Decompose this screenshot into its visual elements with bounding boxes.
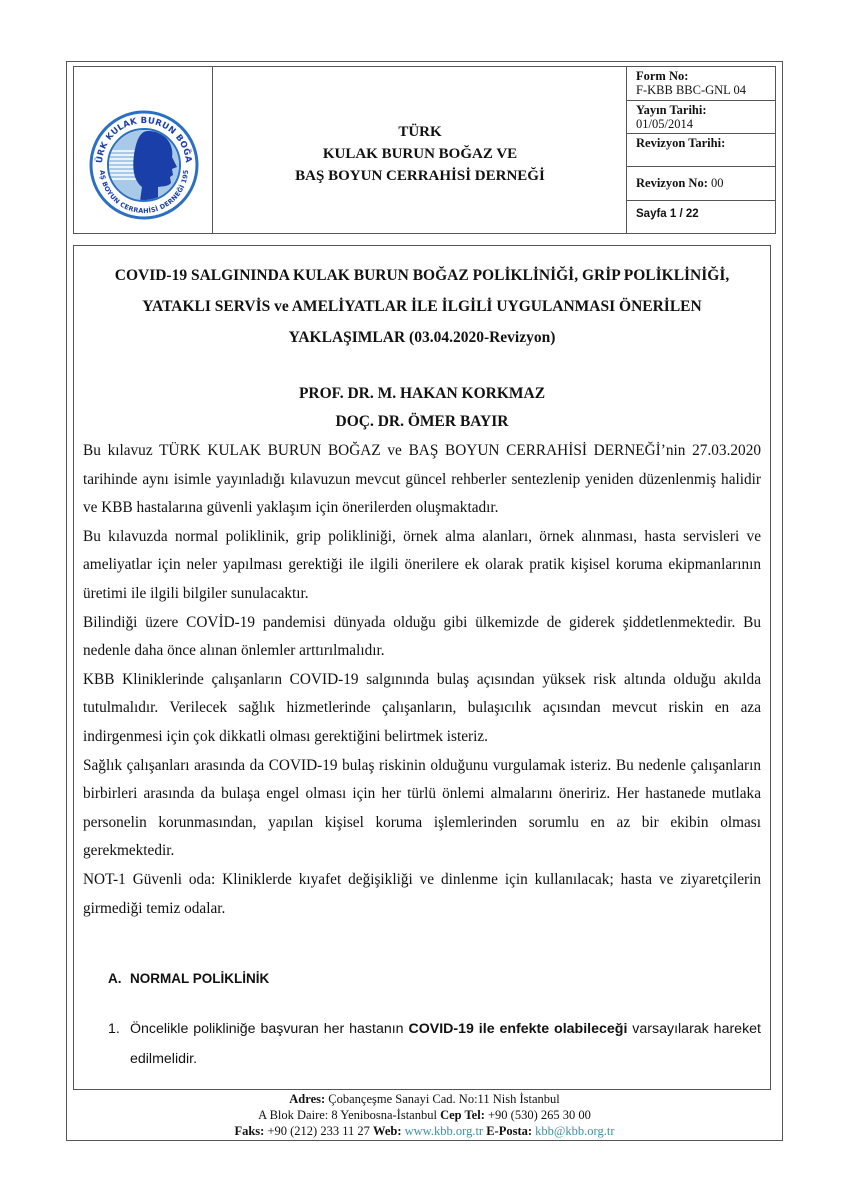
email-link[interactable]: kbb@kbb.org.tr xyxy=(535,1124,614,1138)
page-number: Sayfa 1 / 22 xyxy=(636,208,699,220)
phone-number: +90 (530) 265 30 00 xyxy=(488,1108,591,1122)
note-paragraph: NOT-1 Güvenli oda: Kliniklerde kıyafet d… xyxy=(83,866,761,923)
fax-number: +90 (212) 233 11 27 xyxy=(267,1124,369,1138)
revision-date-row: Revizyon Tarihi: xyxy=(627,134,775,167)
publish-date-label: Yayın Tarihi: xyxy=(636,103,775,117)
document-body: COVID-19 SALGININDA KULAK BURUN BOĞAZ PO… xyxy=(73,245,771,1090)
author-name: DOÇ. DR. ÖMER BAYIR xyxy=(74,408,770,436)
footer-links-line: Faks: +90 (212) 233 11 27 Web: www.kbb.o… xyxy=(66,1123,783,1139)
page-footer: Adres: Çobançeşme Sanayi Cad. No:11 Nish… xyxy=(66,1091,783,1139)
section-heading: A.NORMAL POLİKLİNİK xyxy=(108,971,269,986)
page-row: Sayfa 1 / 22 xyxy=(627,201,775,233)
footer-address-line: Adres: Çobançeşme Sanayi Cad. No:11 Nish… xyxy=(66,1091,783,1107)
revision-no-label: Revizyon No: xyxy=(636,176,708,190)
paragraph: KBB Kliniklerinde çalışanların COVID-19 … xyxy=(83,666,761,752)
paragraph: Bilindiği üzere COVİD-19 pandemisi dünya… xyxy=(83,609,761,666)
title-line: YATAKLI SERVİS ve AMELİYATLAR İLE İLGİLİ… xyxy=(74,291,770,322)
title-line: COVID-19 SALGININDA KULAK BURUN BOĞAZ PO… xyxy=(74,260,770,291)
authors: PROF. DR. M. HAKAN KORKMAZ DOÇ. DR. ÖMER… xyxy=(74,380,770,436)
paragraph: Bu kılavuz TÜRK KULAK BURUN BOĞAZ ve BAŞ… xyxy=(83,437,761,523)
org-name-line: BAŞ BOYUN CERRAHİSİ DERNEĞİ xyxy=(295,165,545,187)
publish-date-value: 01/05/2014 xyxy=(636,117,775,131)
document-meta: Form No: F-KBB BBC-GNL 04 Yayın Tarihi: … xyxy=(626,67,775,233)
form-no-row: Form No: F-KBB BBC-GNL 04 xyxy=(627,67,775,101)
revision-date-label: Revizyon Tarihi: xyxy=(636,136,775,150)
org-name-line: TÜRK xyxy=(398,121,441,143)
body-paragraphs: Bu kılavuz TÜRK KULAK BURUN BOĞAZ ve BAŞ… xyxy=(83,437,761,923)
document-title: COVID-19 SALGININDA KULAK BURUN BOĞAZ PO… xyxy=(74,260,770,353)
title-line: YAKLAŞIMLAR (03.04.2020-Revizyon) xyxy=(74,322,770,353)
list-text: Öncelikle polikliniğe başvuran her hasta… xyxy=(130,1014,761,1074)
form-no-value: F-KBB BBC-GNL 04 xyxy=(636,83,775,97)
paragraph: Sağlık çalışanları arasında da COVID-19 … xyxy=(83,752,761,866)
publish-date-row: Yayın Tarihi: 01/05/2014 xyxy=(627,101,775,134)
list-item: 1. Öncelikle polikliniğe başvuran her ha… xyxy=(108,1014,761,1074)
author-name: PROF. DR. M. HAKAN KORKMAZ xyxy=(74,380,770,408)
org-name-line: KULAK BURUN BOĞAZ VE xyxy=(323,143,517,165)
revision-no-value: 00 xyxy=(711,176,724,190)
section-title: NORMAL POLİKLİNİK xyxy=(130,971,269,986)
organization-name: TÜRK KULAK BURUN BOĞAZ VE BAŞ BOYUN CERR… xyxy=(213,67,627,233)
footer-contact-line: A Blok Daire: 8 Yenibosna-İstanbul Cep T… xyxy=(66,1107,783,1123)
logo-cell: TÜRK KULAK BURUN BOĞAZ BAŞ BOYUN CERRAHİ… xyxy=(74,67,213,233)
form-no-label: Form No: xyxy=(636,69,775,83)
revision-no-row: Revizyon No: 00 xyxy=(627,167,775,201)
section-marker: A. xyxy=(108,971,130,986)
paragraph: Bu kılavuzda normal poliklinik, grip pol… xyxy=(83,523,761,609)
emphasis: COVID-19 ile enfekte olabileceği xyxy=(408,1021,627,1037)
list-number: 1. xyxy=(108,1014,120,1044)
society-logo-icon: TÜRK KULAK BURUN BOĞAZ BAŞ BOYUN CERRAHİ… xyxy=(88,109,200,221)
website-link[interactable]: www.kbb.org.tr xyxy=(405,1124,483,1138)
document-header-table: TÜRK KULAK BURUN BOĞAZ BAŞ BOYUN CERRAHİ… xyxy=(73,66,776,234)
